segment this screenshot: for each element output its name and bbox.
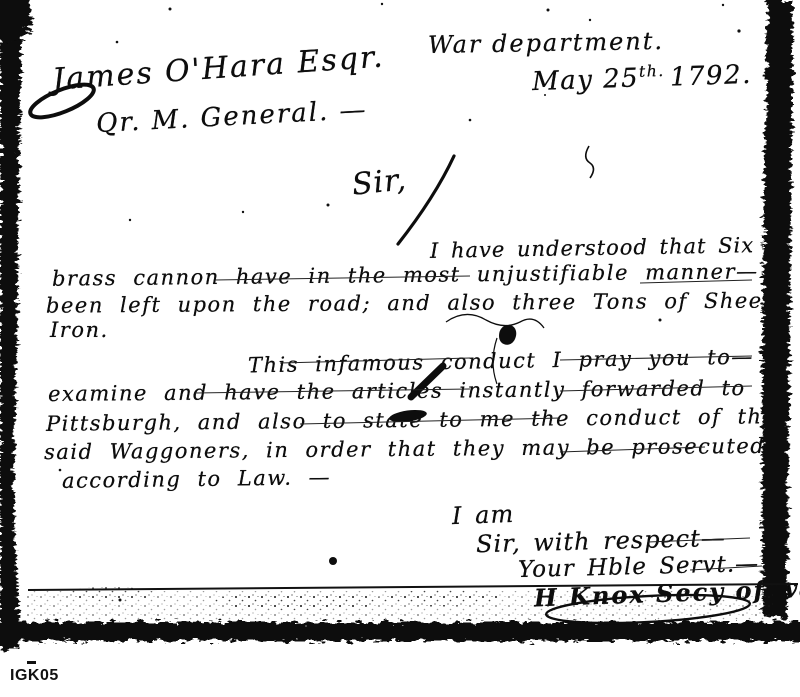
ink-hair-squiggle xyxy=(446,314,544,328)
body-line-p2-2: examine and have the articles instantly … xyxy=(48,378,746,405)
salutation-slash-flourish xyxy=(398,156,454,244)
body-line-p2-3: Pittsburgh, and also to state to me the … xyxy=(46,406,777,435)
body-line-p1-1: I have understood that Six xyxy=(430,235,754,262)
scan-corner-blotch xyxy=(0,0,32,42)
ink-dot xyxy=(329,557,337,565)
salutation: Sir, xyxy=(351,165,409,201)
body-line-p2-5: according to Law. — xyxy=(62,467,331,492)
body-line-p2-4: said Waggoners, in order that they may b… xyxy=(44,436,765,463)
dateline-date: May 25th.1792. — xyxy=(532,60,790,96)
ink-blot xyxy=(499,325,516,345)
body-line-p1-2: brass cannon have in the most unjustifia… xyxy=(52,261,759,289)
scan-speckle-cluster xyxy=(215,592,385,610)
catalog-code: IGK05 xyxy=(10,667,59,685)
date-ordinal: th. xyxy=(639,62,665,81)
body-line-p2-1: This infamous conduct I pray you to— xyxy=(248,347,754,377)
scan-border-left xyxy=(0,0,24,650)
dateline-department: War department. xyxy=(428,29,664,57)
date-day: May 25 xyxy=(532,63,640,97)
scan-speckle-cluster xyxy=(380,590,500,606)
closing-line-1: I am xyxy=(452,502,515,528)
ink-hair-squiggle xyxy=(586,146,594,178)
body-line-p1-3: been left upon the road; and also three … xyxy=(46,290,795,316)
body-line-p1-4: Iron. xyxy=(50,320,109,341)
catalog-tick-mark xyxy=(27,661,36,664)
scan-speckle-cluster xyxy=(65,587,155,601)
date-year: 1792. — xyxy=(669,58,789,92)
scanned-letter-page: James O'Hara Esqr. Qr. M. General. — War… xyxy=(0,0,800,697)
scan-border-bottom xyxy=(0,622,800,641)
recipient-name: James O'Hara Esqr. xyxy=(51,42,385,95)
recipient-title: Qr. M. General. — xyxy=(96,97,369,137)
